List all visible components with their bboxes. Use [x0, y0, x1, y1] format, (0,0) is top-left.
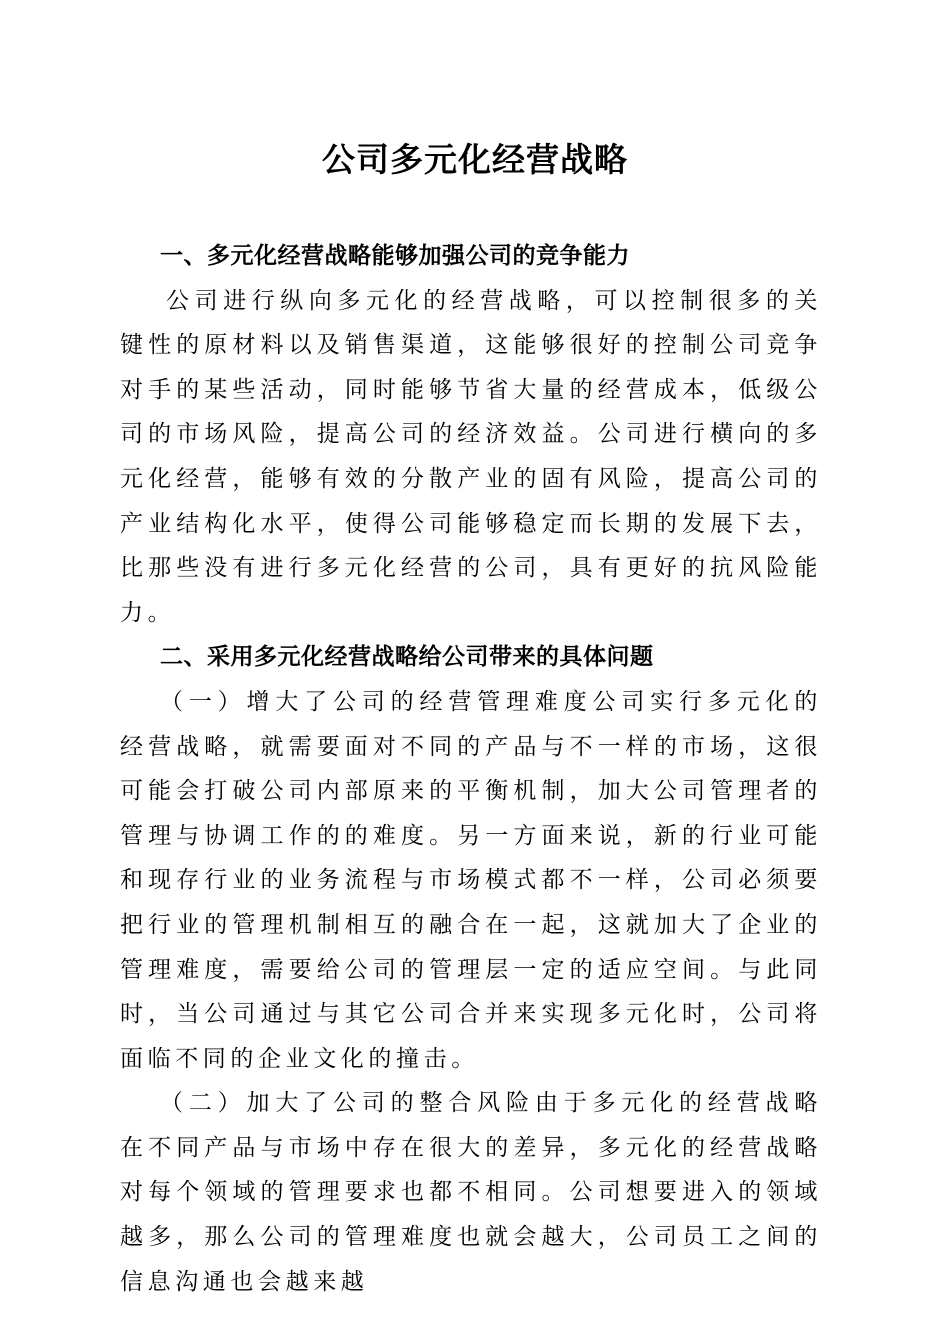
section-1-paragraph-1: 公司进行纵向多元化的经营战略，可以控制很多的关键性的原材料以及销售渠道，这能够很… — [120, 279, 822, 636]
section-2-paragraph-2: （二）加大了公司的整合风险由于多元化的经营战略在不同产品与市场中存在很大的差异，… — [120, 1081, 822, 1304]
document-page: 公司多元化经营战略 一、多元化经营战略能够加强公司的竞争能力 公司进行纵向多元化… — [0, 0, 950, 1344]
section-heading-1: 一、多元化经营战略能够加强公司的竞争能力 — [120, 234, 822, 279]
section-heading-2: 二、采用多元化经营战略给公司带来的具体问题 — [120, 635, 822, 680]
document-title: 公司多元化经营战略 — [0, 134, 950, 186]
document-body: 一、多元化经营战略能够加强公司的竞争能力 公司进行纵向多元化的经营战略，可以控制… — [120, 234, 822, 1304]
section-2-paragraph-1: （一）增大了公司的经营管理难度公司实行多元化的经营战略，就需要面对不同的产品与不… — [120, 680, 822, 1081]
